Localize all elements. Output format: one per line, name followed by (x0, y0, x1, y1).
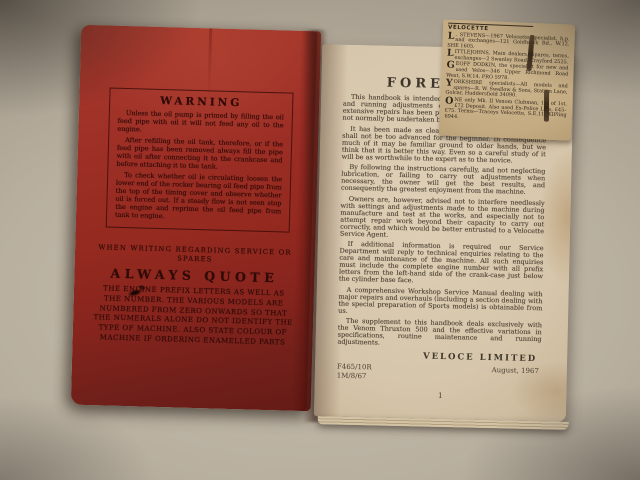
print-codes: F465/10R 1M/8/67 (337, 362, 372, 381)
fold-crease (207, 28, 212, 98)
ad-text: . STEVENS—1967 Velocette specialist, h.p… (447, 31, 570, 49)
foreword-paragraph: A comprehensive Workshop Service Manual … (338, 286, 543, 319)
ad-dropcap: O (445, 98, 454, 106)
warning-paragraph: To check whether oil is circulating loos… (115, 171, 282, 224)
foreword-paragraph: By following the instructions carefully,… (341, 164, 546, 197)
foreword-paragraph: If additional information is required ou… (339, 241, 544, 288)
foreword-paragraph: Owners are, however, advised not to inte… (340, 195, 545, 242)
ad-dropcap: L (448, 32, 455, 40)
staple-stain (544, 90, 549, 122)
publication-date: August, 1967 (492, 366, 539, 376)
warning-box: WARNING Unless the oil pump is primed by… (106, 88, 294, 233)
ad-text: ORKSHIRE specialists—All models and spar… (445, 79, 568, 99)
ad-text: EOFF DODKIN, the specialist for new and … (446, 61, 569, 80)
always-quote-heading: ALWAYS QUOTE (88, 265, 300, 286)
ad-dropcap: Y (446, 80, 453, 88)
service-note: WHEN WRITING REGARDING SERVICE OR SPARES… (86, 243, 301, 349)
clipping-ads: L. STEVENS—1967 Velocette specialist, h.… (444, 32, 569, 125)
imprint-row: F465/10R 1M/8/67 August, 1967 (337, 362, 539, 385)
service-note-body: THE ENGINE PREFIX LETTERS AS WELL AS THE… (92, 284, 294, 348)
ad-dropcap: G (446, 62, 454, 70)
warning-title: WARNING (118, 94, 284, 111)
warning-paragraph: Unless the oil pump is primed by filling… (117, 109, 284, 138)
print-code-1: F465/10R (337, 362, 372, 372)
foreword-paragraph: The supplement to this handbook deals ex… (337, 318, 542, 351)
newspaper-clipping: VELOCETTE L. STEVENS—1967 Velocette spec… (439, 19, 576, 140)
print-code-2: 1M/8/67 (337, 371, 372, 381)
page-number: 1 (314, 388, 566, 403)
warning-paragraph: After refilling the oil tank, therefore,… (116, 136, 283, 173)
ad-dropcap: L (447, 50, 454, 58)
red-cover-page: WARNING Unless the oil pump is primed by… (71, 25, 322, 412)
